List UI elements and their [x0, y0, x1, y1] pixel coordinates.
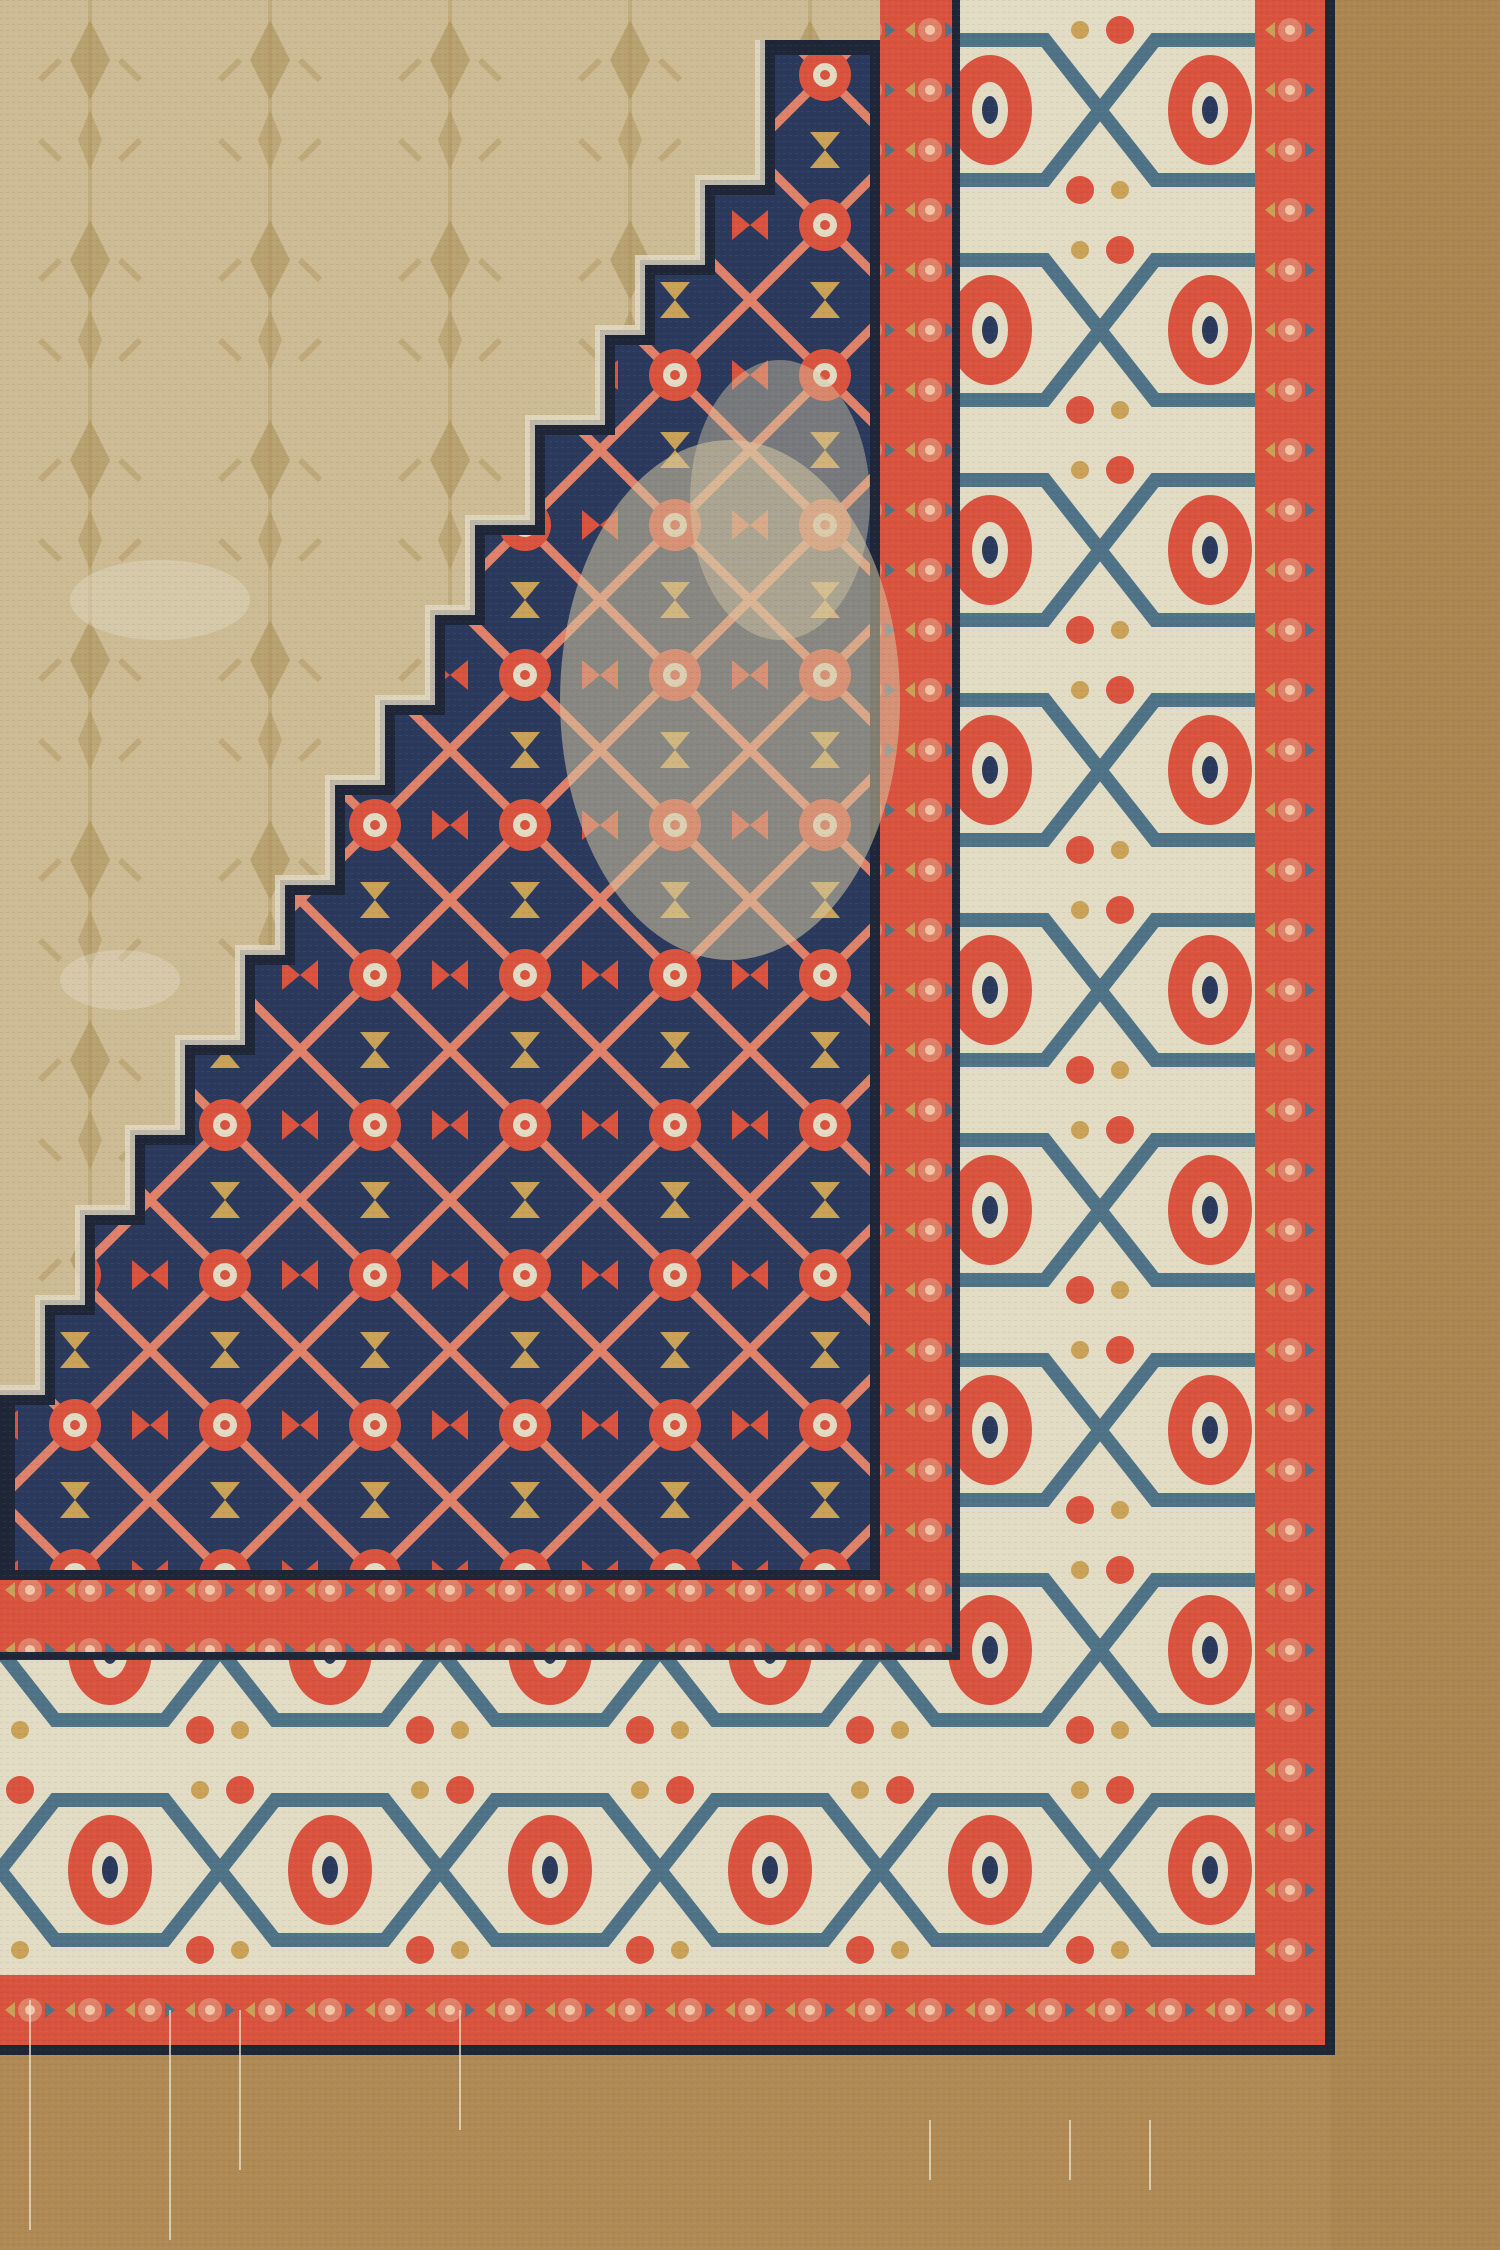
rug-photo: [0, 0, 1500, 2250]
rug-illustration: [0, 0, 1500, 2250]
